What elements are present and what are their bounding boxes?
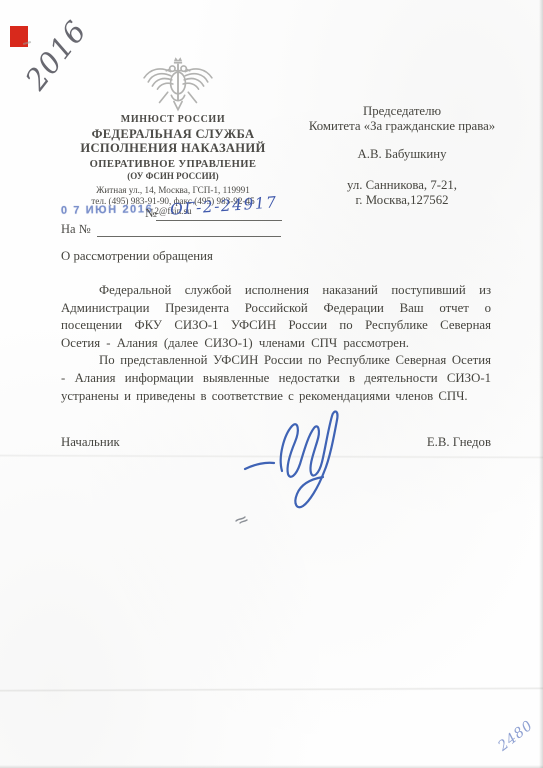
letter-body: Федеральной службой исполнения наказаний… [61, 282, 491, 405]
handwritten-year: 2016 [18, 13, 94, 97]
recipient-address-line2: г. Москва,127562 [294, 193, 510, 208]
incoming-number-label: На № [61, 222, 91, 237]
letterhead-department-abbr: (ОУ ФСИН РОССИИ) [40, 171, 306, 181]
recipient-title-line2: Комитета «За гражданские права» [294, 119, 510, 134]
signer-position: Начальник [61, 435, 120, 450]
handwritten-bottom-number: 2480 [495, 717, 536, 754]
recipient-address-line1: ул. Санникова, 7-21, [294, 178, 510, 193]
body-paragraph-1: Федеральной службой исполнения наказаний… [61, 282, 491, 352]
signature-scribble [243, 405, 347, 517]
letterhead-department: ОПЕРАТИВНОЕ УПРАВЛЕНИЕ [40, 159, 306, 170]
small-pen-mark [234, 512, 250, 524]
scan-edge-shadow-right [539, 0, 543, 768]
number-underline [156, 220, 282, 221]
recipient-block: Председателю Комитета «За гражданские пр… [294, 104, 510, 208]
recipient-title-line1: Председателю [294, 104, 510, 119]
number-label: № [145, 206, 157, 221]
subject-line: О рассмотрении обращения [61, 249, 213, 264]
letterhead-ministry: МИНЮСТ РОССИИ [40, 114, 306, 125]
letterhead-agency-line1: ФЕДЕРАЛЬНАЯ СЛУЖБА [40, 128, 306, 142]
incoming-date-stamp: 0 7 ИЮН 2016 [61, 203, 153, 217]
paper-crease-lower [0, 687, 543, 692]
fsin-eagle-emblem-icon [140, 54, 216, 114]
body-paragraph-2: По представленной УФСИН России по Респуб… [61, 352, 491, 405]
letterhead-agency-line2: ИСПОЛНЕНИЯ НАКАЗАНИЙ [40, 142, 306, 156]
recipient-name: А.В. Бабушкину [294, 147, 510, 162]
incoming-number-underline [97, 236, 281, 237]
signer-name: Е.В. Гнедов [405, 435, 491, 450]
scanned-letter-page: 2016 [0, 0, 543, 768]
